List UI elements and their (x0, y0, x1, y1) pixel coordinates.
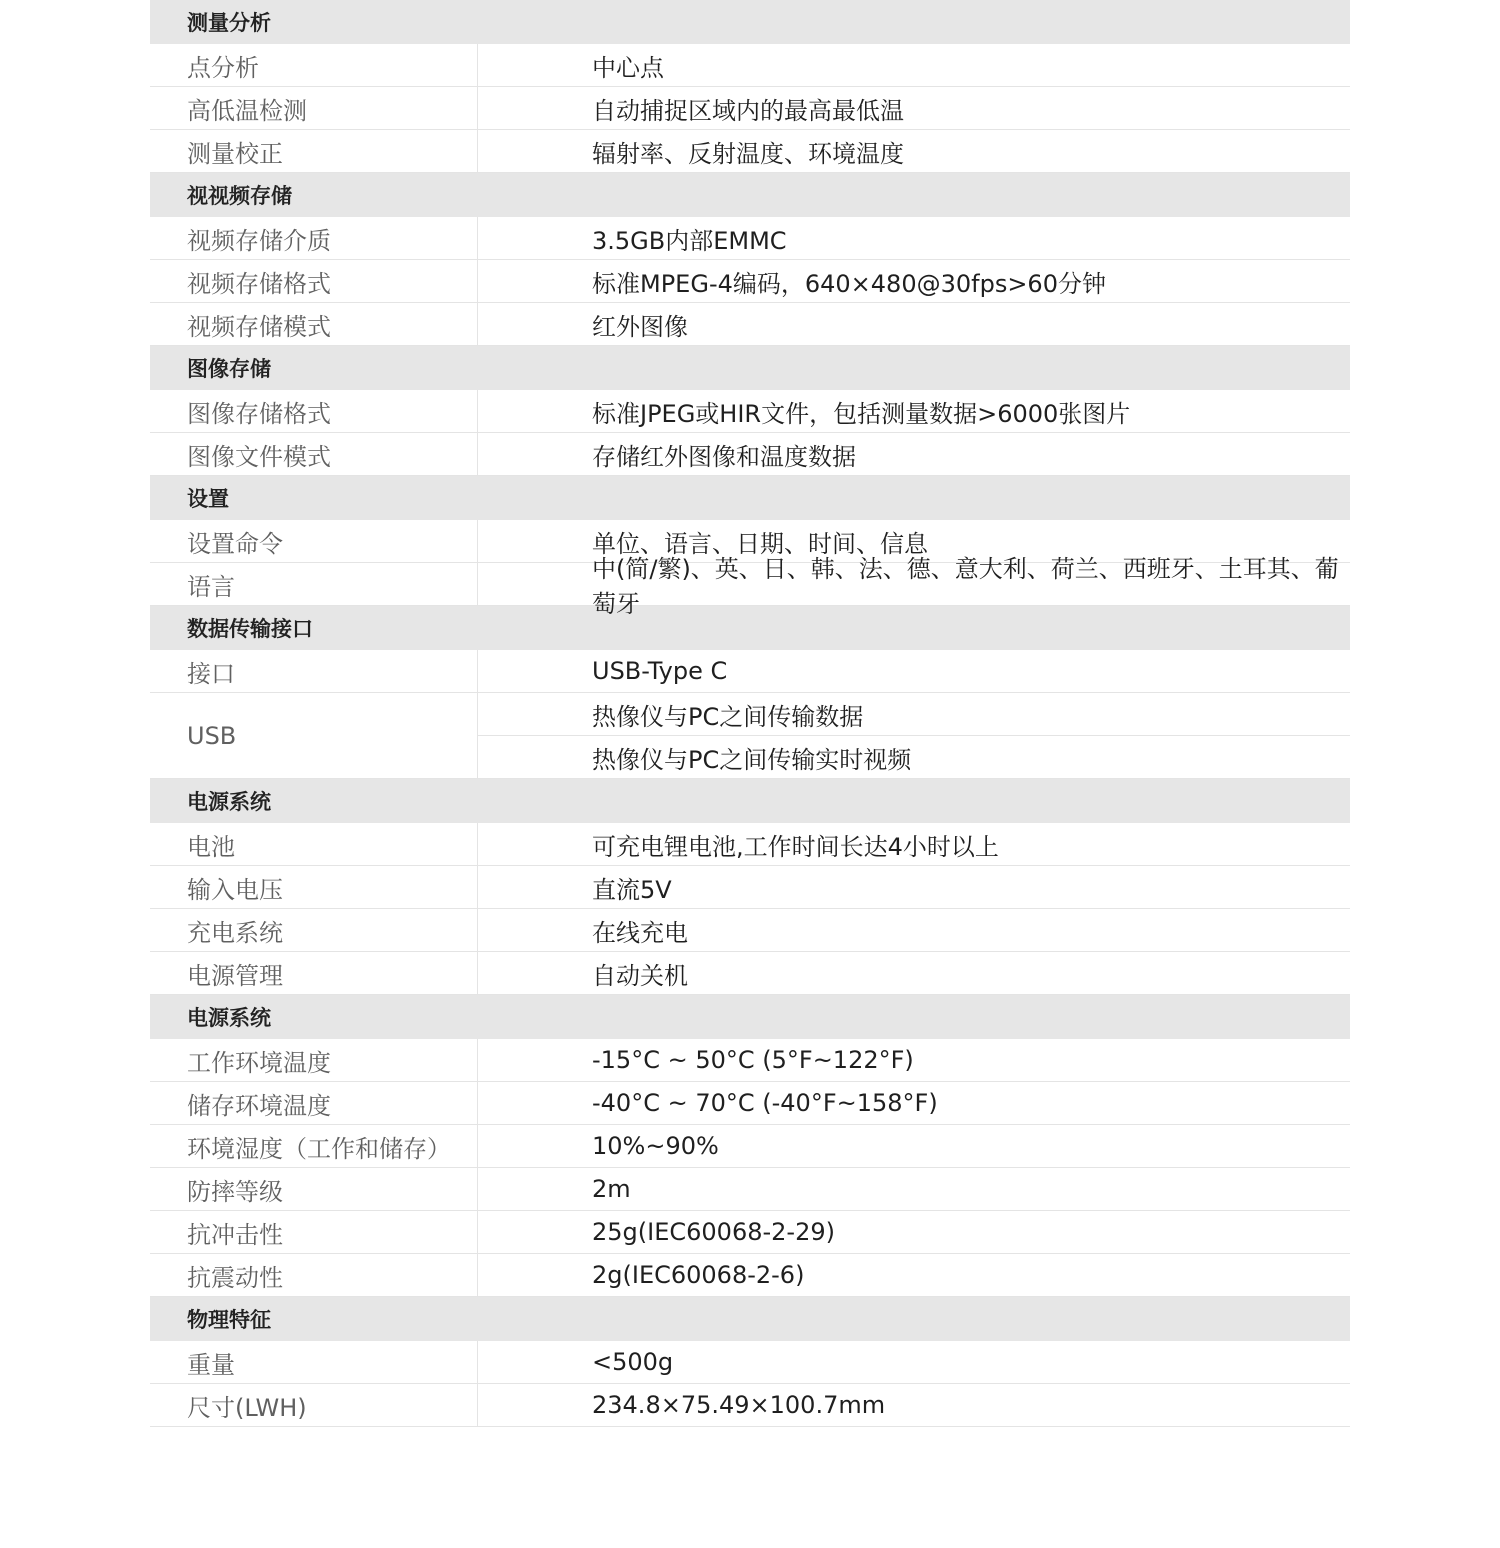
spec-label: 尺寸(LWH) (150, 1384, 478, 1426)
section-header: 视视频存储 (150, 173, 1350, 217)
spec-value: 中心点 (478, 44, 1350, 86)
spec-value: 在线充电 (478, 909, 1350, 951)
spec-value: 辐射率、反射温度、环境温度 (478, 130, 1350, 172)
spec-values: 10%~90% (478, 1125, 1350, 1167)
spec-row: 接口USB-Type C (150, 650, 1350, 693)
spec-values: 3.5GB内部EMMC (478, 217, 1350, 259)
spec-value: 自动关机 (478, 952, 1350, 994)
spec-values: 热像仪与PC之间传输数据热像仪与PC之间传输实时视频 (478, 693, 1350, 778)
spec-label: 接口 (150, 650, 478, 692)
spec-label: 充电系统 (150, 909, 478, 951)
spec-value: -40°C ~ 70°C (-40°F~158°F) (478, 1082, 1350, 1124)
spec-values: 中心点 (478, 44, 1350, 86)
spec-label: 语言 (150, 563, 478, 605)
spec-value: 自动捕捉区域内的最高最低温 (478, 87, 1350, 129)
spec-label: 电源管理 (150, 952, 478, 994)
spec-row: 图像存储格式标准JPEG或HIR文件，包括测量数据>6000张图片 (150, 390, 1350, 433)
spec-row: 高低温检测自动捕捉区域内的最高最低温 (150, 87, 1350, 130)
spec-label: 工作环境温度 (150, 1039, 478, 1081)
spec-label: 测量校正 (150, 130, 478, 172)
spec-label: 电池 (150, 823, 478, 865)
spec-values: -15°C ~ 50°C (5°F~122°F) (478, 1039, 1350, 1081)
spec-values: 中(简/繁)、英、日、韩、法、德、意大利、荷兰、西班牙、土耳其、葡萄牙 (478, 563, 1350, 605)
spec-values: 存储红外图像和温度数据 (478, 433, 1350, 475)
spec-row: 抗冲击性25g(IEC60068-2-29) (150, 1211, 1350, 1254)
spec-values: 辐射率、反射温度、环境温度 (478, 130, 1350, 172)
spec-values: 234.8×75.49×100.7mm (478, 1384, 1350, 1426)
spec-row: 防摔等级2m (150, 1168, 1350, 1211)
spec-label: 图像存储格式 (150, 390, 478, 432)
spec-row: 充电系统在线充电 (150, 909, 1350, 952)
spec-label: 抗震动性 (150, 1254, 478, 1296)
spec-label: 输入电压 (150, 866, 478, 908)
spec-label: USB (150, 693, 478, 778)
spec-values: 红外图像 (478, 303, 1350, 345)
spec-values: -40°C ~ 70°C (-40°F~158°F) (478, 1082, 1350, 1124)
spec-values: 在线充电 (478, 909, 1350, 951)
spec-values: 标准MPEG-4编码，640×480@30fps>60分钟 (478, 260, 1350, 302)
spec-values: 标准JPEG或HIR文件，包括测量数据>6000张图片 (478, 390, 1350, 432)
spec-value: 直流5V (478, 866, 1350, 908)
spec-values: USB-Type C (478, 650, 1350, 692)
spec-value: 25g(IEC60068-2-29) (478, 1211, 1350, 1253)
spec-values: 自动关机 (478, 952, 1350, 994)
section-header: 设置 (150, 476, 1350, 520)
spec-row: 视频存储模式红外图像 (150, 303, 1350, 346)
spec-values: 直流5V (478, 866, 1350, 908)
section-header: 电源系统 (150, 779, 1350, 823)
spec-values: 可充电锂电池,工作时间长达4小时以上 (478, 823, 1350, 865)
spec-values: 2m (478, 1168, 1350, 1210)
spec-row: 尺寸(LWH)234.8×75.49×100.7mm (150, 1384, 1350, 1427)
spec-row: USB热像仪与PC之间传输数据热像仪与PC之间传输实时视频 (150, 693, 1350, 779)
section-header: 物理特征 (150, 1297, 1350, 1341)
spec-value: 热像仪与PC之间传输数据 (478, 693, 1350, 735)
spec-label: 高低温检测 (150, 87, 478, 129)
spec-row: 电源管理自动关机 (150, 952, 1350, 995)
spec-row: 图像文件模式存储红外图像和温度数据 (150, 433, 1350, 476)
spec-row: 重量<500g (150, 1341, 1350, 1384)
spec-values: 25g(IEC60068-2-29) (478, 1211, 1350, 1253)
spec-value: 存储红外图像和温度数据 (478, 433, 1350, 475)
spec-label: 视频存储介质 (150, 217, 478, 259)
spec-row: 输入电压直流5V (150, 866, 1350, 909)
spec-label: 视频存储模式 (150, 303, 478, 345)
spec-value: 可充电锂电池,工作时间长达4小时以上 (478, 823, 1350, 865)
spec-value: 标准MPEG-4编码，640×480@30fps>60分钟 (478, 260, 1350, 302)
spec-label: 图像文件模式 (150, 433, 478, 475)
spec-value: 10%~90% (478, 1125, 1350, 1167)
spec-label: 储存环境温度 (150, 1082, 478, 1124)
spec-row: 环境湿度（工作和储存）10%~90% (150, 1125, 1350, 1168)
spec-row: 测量校正辐射率、反射温度、环境温度 (150, 130, 1350, 173)
spec-value: <500g (478, 1341, 1350, 1383)
spec-value: USB-Type C (478, 650, 1350, 692)
spec-row: 储存环境温度-40°C ~ 70°C (-40°F~158°F) (150, 1082, 1350, 1125)
spec-value: 234.8×75.49×100.7mm (478, 1384, 1350, 1426)
spec-label: 点分析 (150, 44, 478, 86)
spec-label: 防摔等级 (150, 1168, 478, 1210)
spec-value: 3.5GB内部EMMC (478, 217, 1350, 259)
spec-value: 2m (478, 1168, 1350, 1210)
spec-row: 视频存储格式标准MPEG-4编码，640×480@30fps>60分钟 (150, 260, 1350, 303)
spec-row: 视频存储介质3.5GB内部EMMC (150, 217, 1350, 260)
spec-table: 测量分析点分析中心点高低温检测自动捕捉区域内的最高最低温测量校正辐射率、反射温度… (150, 0, 1350, 1427)
spec-row: 点分析中心点 (150, 44, 1350, 87)
section-header: 图像存储 (150, 346, 1350, 390)
section-header: 测量分析 (150, 0, 1350, 44)
spec-value: -15°C ~ 50°C (5°F~122°F) (478, 1039, 1350, 1081)
spec-label: 环境湿度（工作和储存） (150, 1125, 478, 1167)
spec-label: 设置命令 (150, 520, 478, 562)
spec-label: 视频存储格式 (150, 260, 478, 302)
spec-row: 抗震动性2g(IEC60068-2-6) (150, 1254, 1350, 1297)
spec-values: 2g(IEC60068-2-6) (478, 1254, 1350, 1296)
spec-row: 工作环境温度-15°C ~ 50°C (5°F~122°F) (150, 1039, 1350, 1082)
spec-values: 自动捕捉区域内的最高最低温 (478, 87, 1350, 129)
spec-row: 语言中(简/繁)、英、日、韩、法、德、意大利、荷兰、西班牙、土耳其、葡萄牙 (150, 563, 1350, 606)
spec-value: 中(简/繁)、英、日、韩、法、德、意大利、荷兰、西班牙、土耳其、葡萄牙 (478, 563, 1350, 605)
spec-label: 抗冲击性 (150, 1211, 478, 1253)
section-header: 电源系统 (150, 995, 1350, 1039)
spec-value: 红外图像 (478, 303, 1350, 345)
spec-value: 热像仪与PC之间传输实时视频 (478, 735, 1350, 778)
spec-values: <500g (478, 1341, 1350, 1383)
spec-label: 重量 (150, 1341, 478, 1383)
spec-row: 电池可充电锂电池,工作时间长达4小时以上 (150, 823, 1350, 866)
spec-value: 2g(IEC60068-2-6) (478, 1254, 1350, 1296)
spec-value: 标准JPEG或HIR文件，包括测量数据>6000张图片 (478, 390, 1350, 432)
